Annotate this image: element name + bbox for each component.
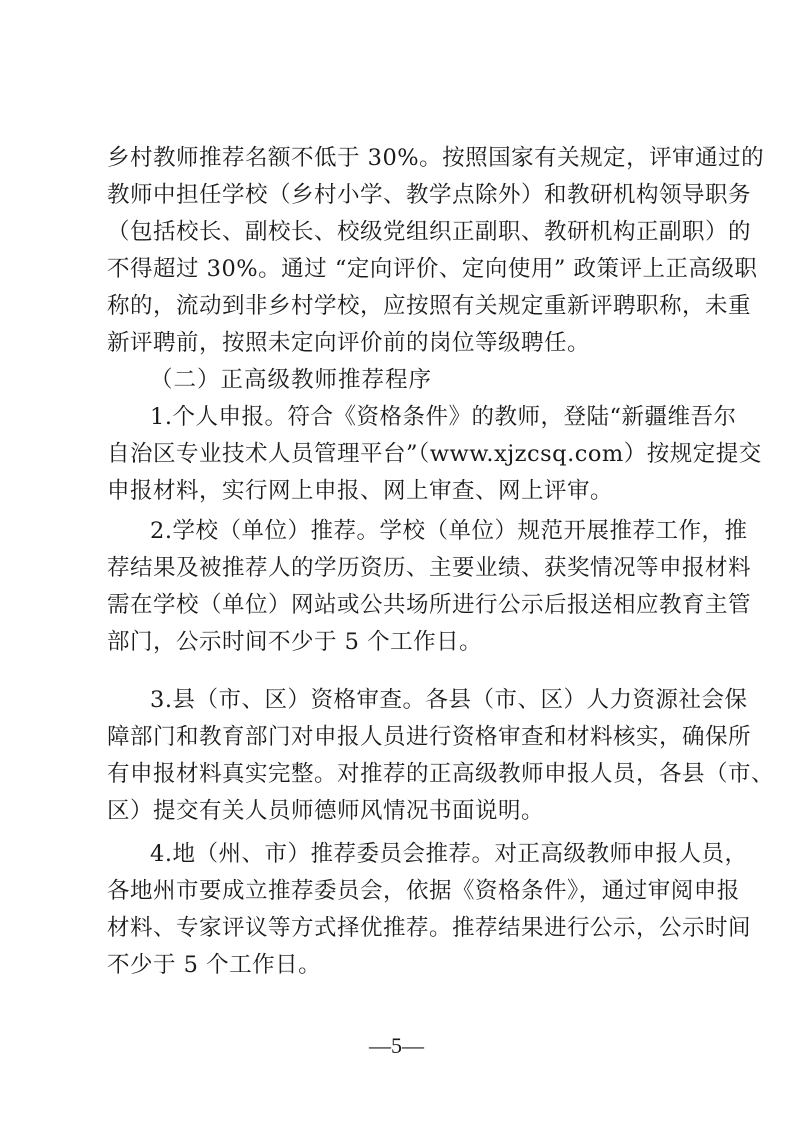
step-1-line: 申报材料，实行网上申报、网上审查、网上评审。 — [107, 476, 693, 506]
step-3-line: 区）提交有关人员师德师风情况书面说明。 — [107, 796, 693, 826]
paragraph-line: （包括校长、副校长、校级党组织正副职、教研机构正副职）的 — [107, 217, 693, 247]
step-2-line: 2.学校（单位）推荐。学校（单位）规范开展推荐工作，推 — [150, 516, 693, 546]
step-2-line: 部门，公示时间不少于 5 个工作日。 — [107, 627, 693, 657]
step-4-line: 4.地（州、市）推荐委员会推荐。对正高级教师申报人员， — [150, 839, 693, 869]
step-3-line: 有申报材料真实完整。对推荐的正高级教师申报人员，各县（市、 — [107, 759, 693, 789]
step-4-line: 各地州市要成立推荐委员会，依据《资格条件》，通过审阅申报 — [107, 876, 693, 906]
paragraph-line: 新评聘前，按照未定向评价前的岗位等级聘任。 — [107, 328, 693, 358]
step-3-line: 障部门和教育部门对申报人员进行资格审查和材料核实，确保所 — [107, 722, 693, 752]
step-1-line: 1.个人申报。符合《资格条件》的教师，登陆“新疆维吾尔 — [150, 402, 693, 432]
step-4-line: 不少于 5 个工作日。 — [107, 950, 693, 980]
paragraph-line: 教师中担任学校（乡村小学、教学点除外）和教研机构领导职务 — [107, 180, 693, 210]
page-number: —5— — [0, 1031, 793, 1061]
step-2-line: 需在学校（单位）网站或公共场所进行公示后报送相应教育主管 — [107, 590, 693, 620]
section-heading: （二）正高级教师推荐程序 — [150, 365, 432, 395]
scan-artifact — [743, 272, 745, 275]
step-2-line: 荐结果及被推荐人的学历资历、主要业绩、获奖情况等申报材料 — [107, 553, 693, 583]
paragraph-line: 乡村教师推荐名额不低于 30%。按照国家有关规定，评审通过的 — [107, 143, 693, 173]
step-4-line: 材料、专家评议等方式择优推荐。推荐结果进行公示，公示时间 — [107, 913, 693, 943]
step-3-line: 3.县（市、区）资格审查。各县（市、区）人力资源社会保 — [150, 685, 693, 715]
document-page: 乡村教师推荐名额不低于 30%。按照国家有关规定，评审通过的 教师中担任学校（乡… — [0, 0, 793, 1121]
paragraph-line: 不得超过 30%。通过 “定向评价、定向使用” 政策评上正高级职 — [107, 254, 693, 284]
paragraph-line: 称的，流动到非乡村学校，应按照有关规定重新评聘职称，未重 — [107, 291, 693, 321]
step-1-line: 自治区专业技术人员管理平台”（www.xjzcsq.com）按规定提交 — [107, 439, 693, 469]
